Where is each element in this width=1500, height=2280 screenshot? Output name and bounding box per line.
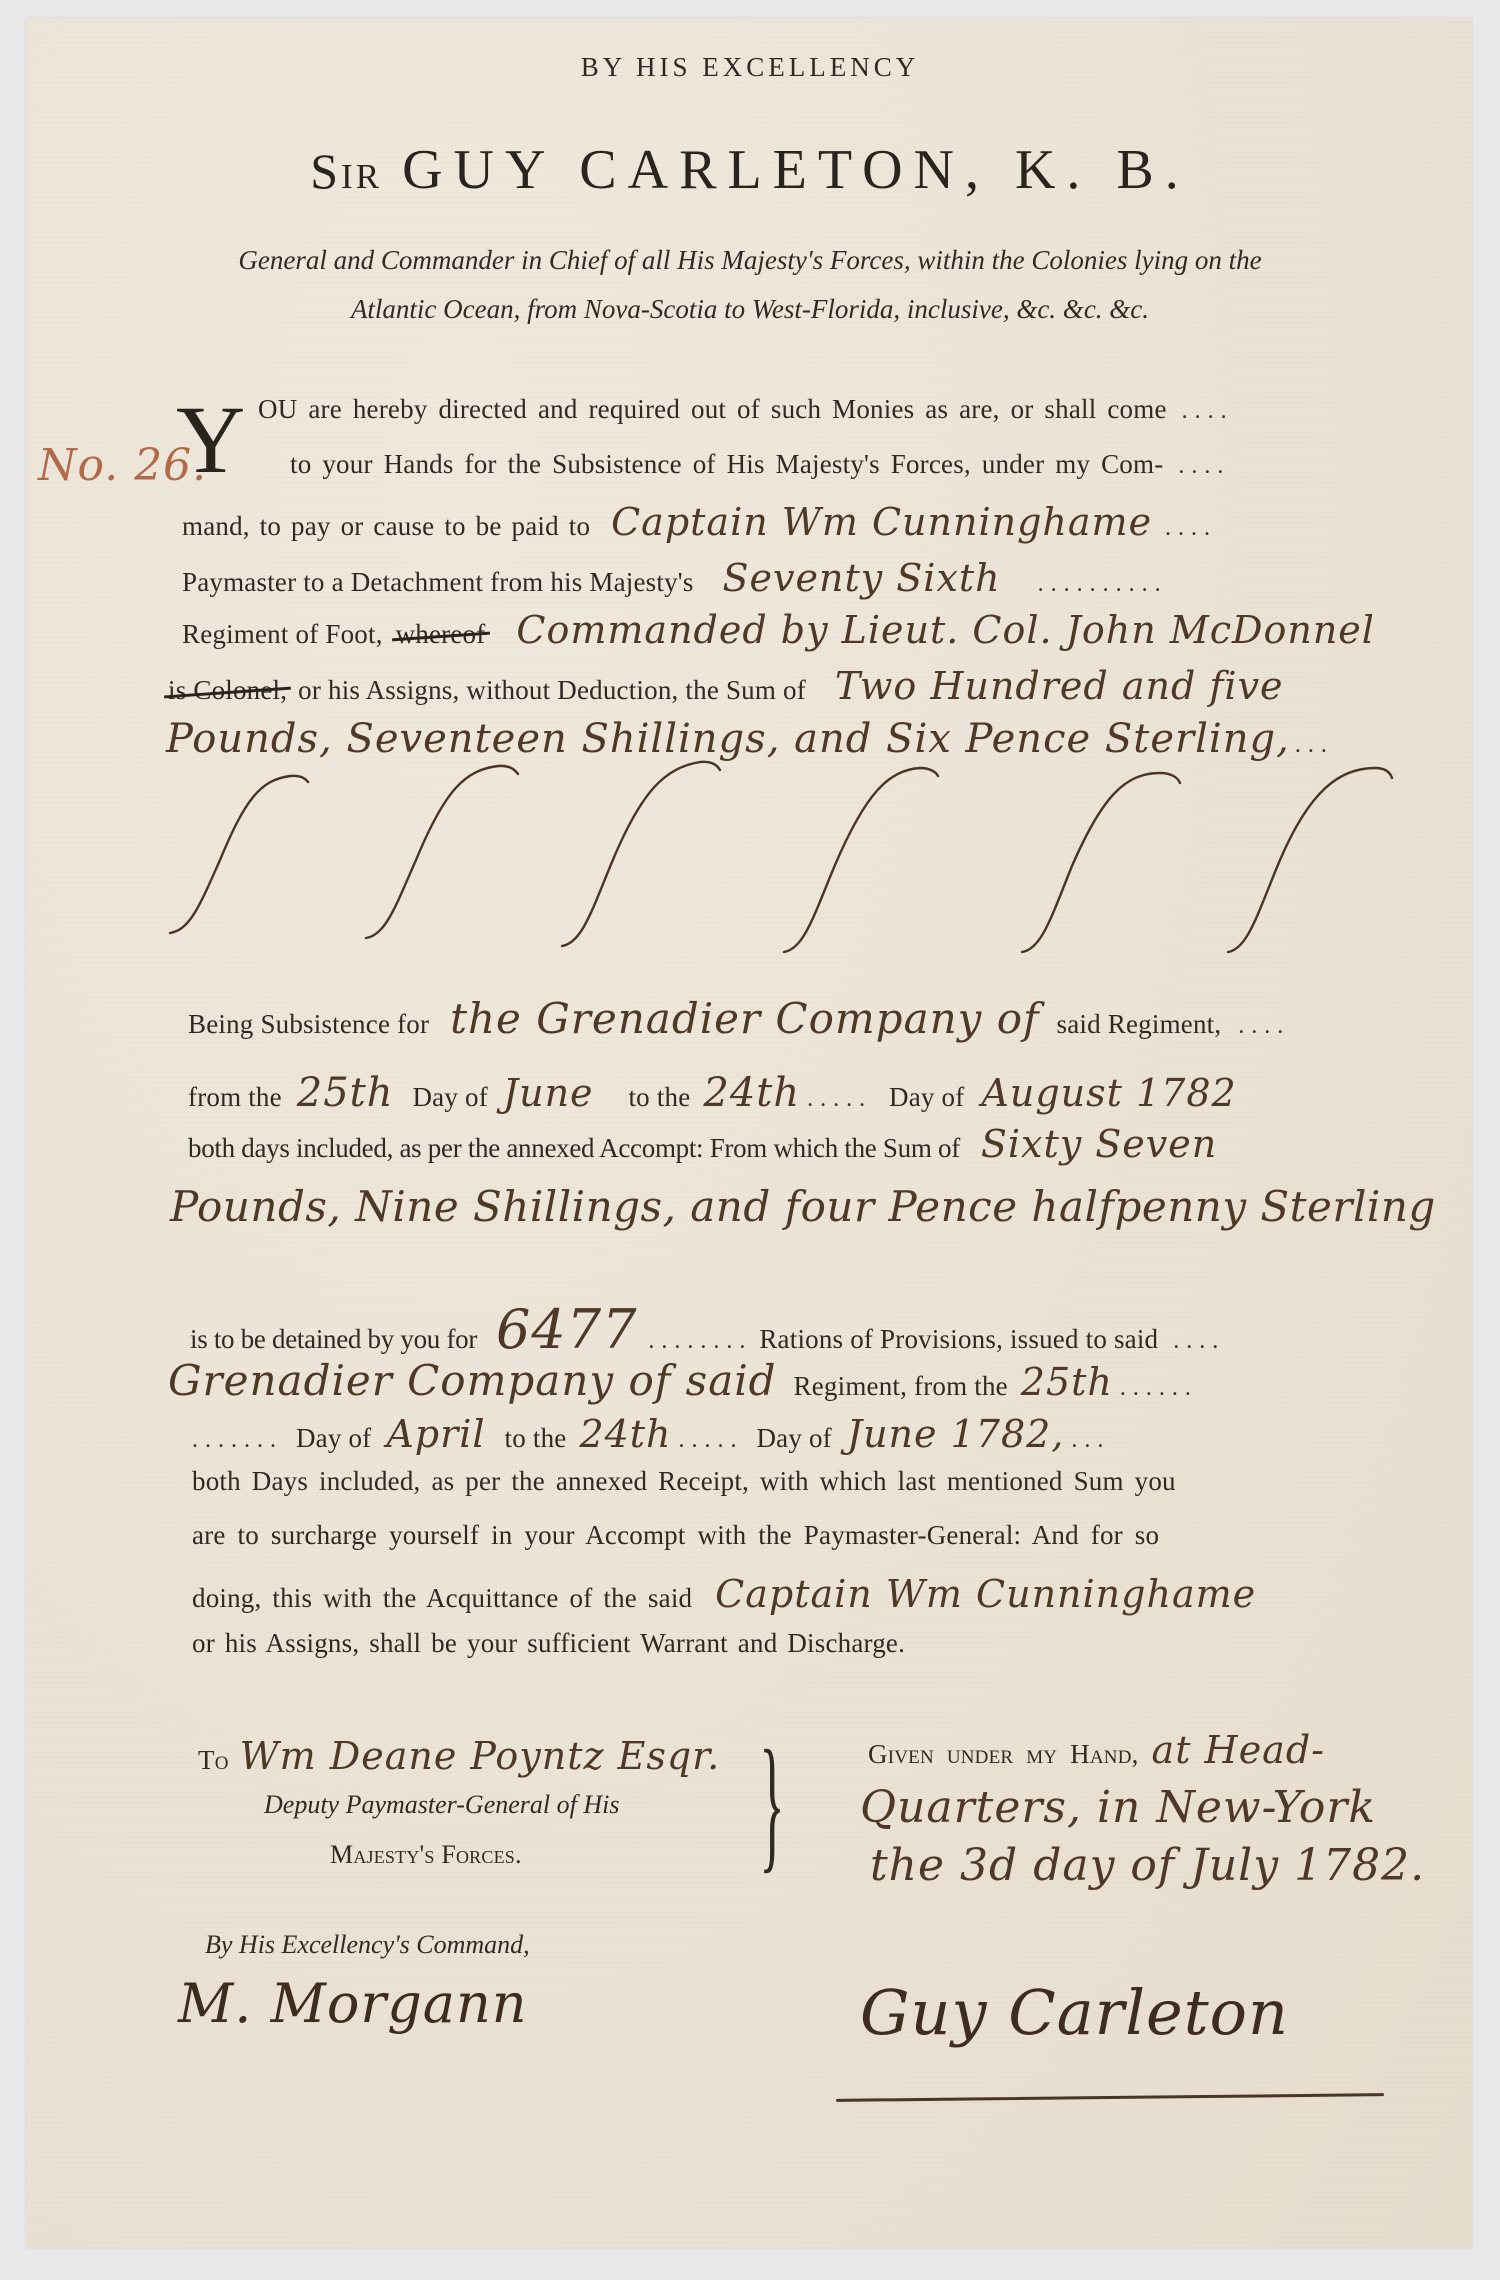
day-of-label: Day of <box>889 1082 964 1112</box>
rations-to-month-year-handwritten: June 1782, <box>847 1412 1065 1456</box>
dot-leader: ..... <box>807 1086 872 1112</box>
given-under-hand-label: Given under my Hand, <box>868 1739 1139 1769</box>
rations-to-day-handwritten: 24th <box>579 1412 671 1456</box>
from-month-handwritten: June <box>503 1071 594 1115</box>
addressee-line: To Wm Deane Poyntz Esqr. <box>198 1734 720 1778</box>
from-day-handwritten: 25th <box>297 1070 394 1116</box>
accompt-text: both days included, as per the annexed A… <box>188 1133 960 1163</box>
rations-count-handwritten: 6477 <box>496 1298 637 1361</box>
closing-line-4: or his Assigns, shall be your sufficient… <box>192 1628 905 1659</box>
regiment-from-label: Regiment, from the <box>794 1371 1008 1401</box>
to-month-year-handwritten: August 1782 <box>981 1071 1236 1115</box>
dot-leader: ...... <box>1120 1375 1198 1401</box>
addressee-title-line-1: Deputy Paymaster-General of His <box>264 1790 619 1820</box>
dot-leader: ........ <box>648 1328 752 1354</box>
deduction-line: Pounds, Nine Shillings, and four Pence h… <box>170 1182 1436 1231</box>
given-line-1: Given under my Hand, at Head- <box>868 1728 1325 1772</box>
to-the-label: to the <box>628 1082 690 1112</box>
dot-leader: .... <box>1173 1328 1225 1354</box>
said-regiment-label: said Regiment, <box>1057 1009 1222 1039</box>
rations-company-line: Grenadier Company of said Regiment, from… <box>168 1356 1198 1405</box>
brace-icon: } <box>759 1728 784 1878</box>
given-handwritten-line-2: Quarters, in New-York <box>860 1782 1376 1833</box>
dot-leader: ... <box>1071 1427 1110 1453</box>
rations-from-day-handwritten: 25th <box>1021 1360 1113 1404</box>
carleton-signature: Guy Carleton <box>860 1976 1289 2049</box>
deduction-handwritten-line-1: Sixty Seven <box>981 1122 1217 1166</box>
rations-company-handwritten: Grenadier Company of said <box>168 1356 777 1405</box>
to-day-handwritten: 24th <box>703 1070 800 1116</box>
deduction-handwritten-line-2: Pounds, Nine Shillings, and four Pence h… <box>170 1182 1436 1231</box>
command-label: By His Excellency's Command, <box>205 1930 530 1960</box>
rations-date-line: ....... Day of April to the 24th ..... D… <box>192 1412 1110 1456</box>
rations-label: Rations of Provisions, issued to said <box>759 1324 1158 1354</box>
date-range-line: from the 25th Day of June to the 24th ..… <box>188 1070 1237 1116</box>
dot-leader: ....... <box>192 1427 283 1453</box>
company-handwritten: the Grenadier Company of <box>450 994 1039 1043</box>
dot-leader: .... <box>1238 1013 1290 1039</box>
to-the-label: to the <box>505 1423 567 1453</box>
dot-leader: ..... <box>679 1427 744 1453</box>
day-of-label: Day of <box>296 1423 371 1453</box>
given-handwritten-line-1: at Head- <box>1152 1728 1325 1772</box>
rations-from-month-handwritten: April <box>386 1412 485 1456</box>
rations-line: is to be detained by you for 6477 ......… <box>190 1298 1225 1361</box>
addressee-name-handwritten: Wm Deane Poyntz Esqr. <box>240 1734 721 1778</box>
given-handwritten-line-3: the 3d day of July 1782. <box>870 1840 1425 1891</box>
closing-line-3: doing, this with the Acquittance of the … <box>192 1572 1256 1616</box>
day-of-label: Day of <box>412 1082 487 1112</box>
closing-line-2: are to surcharge yourself in your Accomp… <box>192 1520 1159 1551</box>
secretary-signature: M. Morgann <box>178 1972 528 2035</box>
accompt-line: both days included, as per the annexed A… <box>188 1122 1217 1166</box>
day-of-label: Day of <box>756 1423 831 1453</box>
acquittance-handwritten: Captain Wm Cunninghame <box>715 1572 1256 1616</box>
closing-line-1: both Days included, as per the annexed R… <box>192 1466 1176 1497</box>
closing-line-3-text: doing, this with the Acquittance of the … <box>192 1583 692 1613</box>
to-label: To <box>198 1745 229 1775</box>
subsistence-line: Being Subsistence for the Grenadier Comp… <box>188 994 1290 1043</box>
subsistence-label: Being Subsistence for <box>188 1009 429 1039</box>
from-the-label: from the <box>188 1082 282 1112</box>
addressee-title-line-2: Majesty's Forces. <box>330 1840 522 1870</box>
detained-label: is to be detained by you for <box>190 1324 477 1354</box>
